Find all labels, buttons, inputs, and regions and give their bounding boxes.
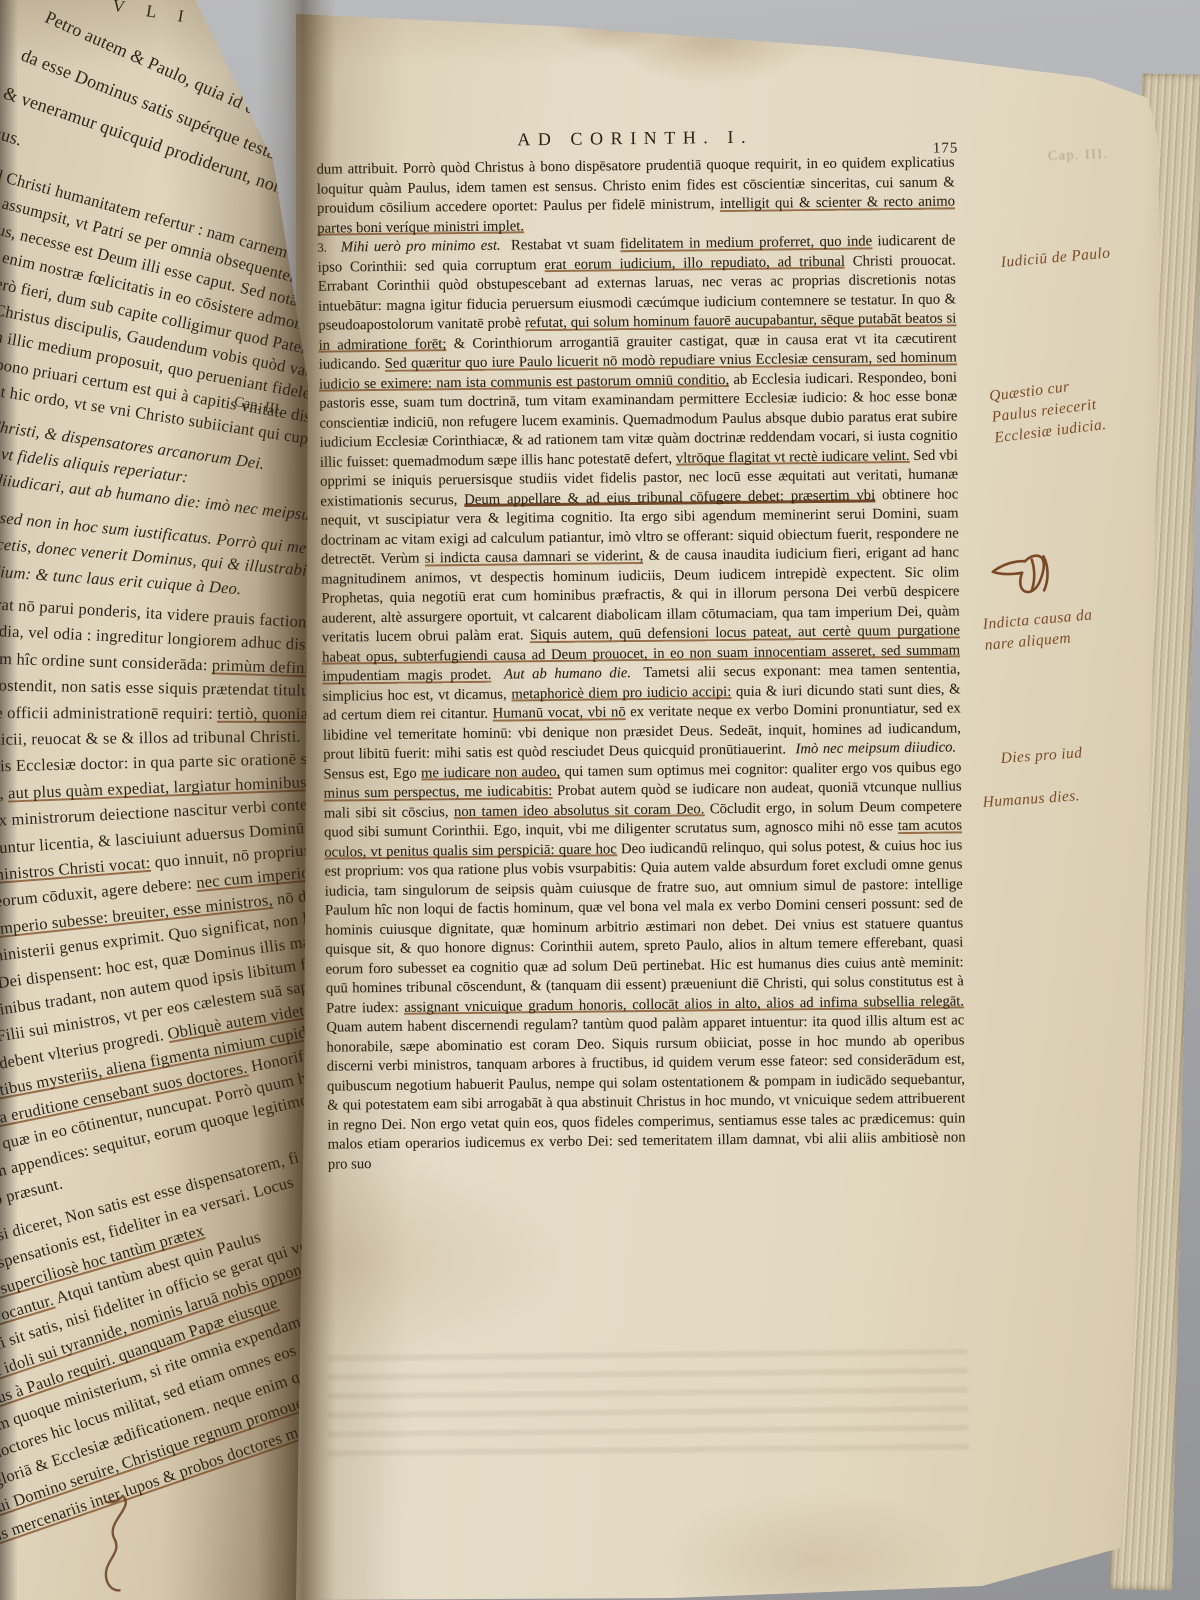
margin-note: Iudiciū de Paulo [1000, 242, 1111, 272]
margin-note: Indicta causa danare aliquem [982, 604, 1095, 655]
left-running-header-fragment: V L I [111, 0, 194, 28]
paragraph: 3.Mihi uerò pro minimo est. Restabat vt … [317, 231, 966, 1174]
book-edge-shadow [0, 0, 18, 1600]
left-page-line: oque officii administrationē requiri: te… [0, 703, 312, 724]
margin-note: Dies pro iud [1000, 742, 1083, 769]
page-showthrough-texture [327, 1349, 968, 1466]
page-number: 175 [933, 140, 959, 157]
body-text: AD CORINTH. I. 175 dum attribuit. Porrò … [316, 124, 966, 1174]
running-header: AD CORINTH. I. [316, 124, 954, 152]
left-page: V L I Cap. III. Petro autem & Paulo, qui… [0, 0, 312, 1600]
right-page: Cap. III. AD CORINTH. I. 175 dum attribu… [292, 0, 1200, 1600]
left-page-line: nde ostendit, non satis esse siquis præt… [0, 675, 312, 701]
margin-note: Quæstio curPaulus reieceritEcclesiæ iudi… [988, 372, 1108, 448]
margin-note: Humanus dies. [982, 785, 1081, 813]
manicule-pointing-hand-icon [987, 544, 1071, 618]
book-photo: { "photo": { "background": "#a9aaad", "p… [0, 0, 1200, 1600]
paragraph: dum attribuit. Porrò quòd Christus à bon… [316, 153, 955, 238]
ink-showthrough-chapter: Cap. III. [1048, 147, 1109, 165]
ink-flourish-icon [81, 1488, 159, 1600]
left-page-line: i iudicii, reuocat & se & illos ad tribu… [0, 726, 312, 750]
